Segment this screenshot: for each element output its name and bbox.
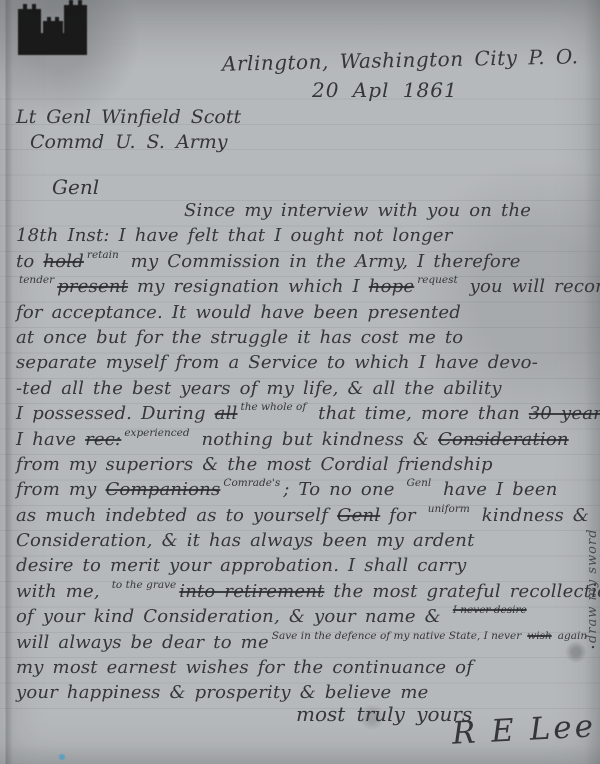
- text-segment: your happiness & prosperity & believe me: [16, 682, 428, 703]
- text-segment: kindness &: [473, 505, 589, 526]
- inserted-text: Save in the defence of my native State, …: [272, 631, 521, 641]
- signature: R E Lee: [451, 708, 597, 751]
- inserted-text: the whole of: [241, 402, 307, 412]
- letter-line: with me, to the graveinto retirement the…: [16, 579, 591, 604]
- text-segment: nothing but kindness &: [193, 429, 438, 450]
- addressee-title: Commd U. S. Army: [30, 131, 228, 153]
- letter-line: Since my interview with you on the: [16, 198, 591, 223]
- letter-line: -ted all the best years of my life, & al…: [16, 376, 591, 401]
- struck-text: hold: [43, 251, 84, 272]
- letter-line: 18th Inst: I have felt that I ought not …: [16, 223, 591, 248]
- inserted-text: tender: [19, 275, 54, 285]
- letter-line: of your kind Consideration, & your name …: [16, 604, 591, 629]
- text-segment: of your kind Consideration, & your name …: [16, 606, 450, 627]
- letter-line: for acceptance. It would have been prese…: [16, 300, 591, 325]
- letter-line: I have rec:experienced nothing but kindn…: [16, 427, 591, 452]
- inserted-text: to the grave: [112, 580, 177, 590]
- letter-line: I possessed. During allthe whole of that…: [16, 401, 591, 426]
- text-segment: my most earnest wishes for the continuan…: [16, 657, 473, 678]
- text-segment: as much indebted as to yourself: [16, 505, 337, 526]
- addressee-name: Lt Genl Winfield Scott: [16, 106, 241, 128]
- salutation: Genl: [52, 175, 99, 199]
- text-segment: Consideration, & it has always been my a…: [16, 530, 475, 551]
- struck-text: hope: [369, 276, 414, 297]
- text-segment: with me,: [16, 581, 109, 602]
- letter-line: tenderpresent my resignation which I hop…: [16, 274, 591, 299]
- text-segment: I possessed. During: [16, 403, 215, 424]
- inserted-text: request: [417, 275, 458, 285]
- text-segment: to: [16, 251, 43, 272]
- letter-line: from my superiors & the most Cordial fri…: [16, 452, 591, 477]
- inserted-text: experienced: [124, 428, 189, 438]
- text-segment: the most grateful recollections: [324, 581, 600, 602]
- struck-text: all: [215, 403, 238, 424]
- text-segment: separate myself from a Service to which …: [16, 352, 538, 373]
- letter-body: Since my interview with you on the18th I…: [16, 198, 591, 706]
- margin-note-vertical: draw my sword: [585, 428, 600, 643]
- struck-text: into retirement: [179, 581, 324, 602]
- letter-line: will always be dear to meSave in the def…: [16, 630, 591, 655]
- inserted-struck-text: wish: [527, 631, 552, 641]
- letter-line: separate myself from a Service to which …: [16, 350, 591, 375]
- dateline-place: Arlington, Washington City P. O.: [222, 44, 579, 75]
- text-segment: -ted all the best years of my life, & al…: [16, 378, 502, 399]
- letter-line: Consideration, & it has always been my a…: [16, 528, 591, 553]
- inserted-text: Genl: [407, 478, 432, 488]
- text-segment: desire to merit your approbation. I shal…: [16, 555, 466, 576]
- text-segment: you will recommend: [461, 276, 600, 297]
- letter-photograph: Arlington, Washington City P. O. 20 Apl …: [0, 0, 600, 764]
- text-segment: from my: [16, 479, 105, 500]
- struck-text: 30 years: [529, 403, 600, 424]
- text-segment: I have: [16, 429, 85, 450]
- inserted-text: again: [558, 631, 587, 641]
- closing-line: most truly yours: [296, 702, 472, 726]
- text-segment: from my superiors & the most Cordial fri…: [16, 454, 493, 475]
- text-segment: 18th Inst: I have felt that I ought not …: [16, 225, 453, 246]
- letter-line: at once but for the struggle it has cost…: [16, 325, 591, 350]
- text-segment: at once but for the struggle it has cost…: [16, 327, 463, 348]
- text-segment: my resignation which I: [128, 276, 369, 297]
- struck-text: Genl: [337, 505, 380, 526]
- letter-line: from my CompanionsComrade's; To no one G…: [16, 477, 591, 502]
- text-segment: have I been: [434, 479, 557, 500]
- inserted-text: Comrade's: [223, 478, 280, 488]
- letter-line: to holdretain my Commission in the Army,…: [16, 249, 591, 274]
- letter-line: desire to merit your approbation. I shal…: [16, 553, 591, 578]
- text-segment: ; To no one: [283, 479, 403, 500]
- struck-text: Companions: [105, 479, 220, 500]
- struck-text: rec:: [85, 429, 121, 450]
- engineers-castle-icon: [12, 0, 94, 63]
- inserted-text: uniform: [428, 504, 470, 514]
- struck-text: present: [57, 276, 128, 297]
- inserted-struck-text: I never desire: [453, 605, 527, 615]
- text-segment: will always be dear to me: [16, 632, 269, 653]
- text-segment: for acceptance. It would have been prese…: [16, 302, 461, 323]
- text-segment: my Commission in the Army, I therefore: [122, 251, 521, 272]
- letter-line: as much indebted as to yourself Genl for…: [16, 503, 591, 528]
- text-segment: that time, more than: [309, 403, 529, 424]
- letter-line: my most earnest wishes for the continuan…: [16, 655, 591, 680]
- text-segment: Since my interview with you on the: [184, 200, 531, 221]
- text-segment: for: [380, 505, 425, 526]
- inserted-text: retain: [87, 250, 119, 260]
- struck-text: Consideration: [438, 429, 569, 450]
- dateline-date: 20 Apl 1861: [312, 78, 458, 102]
